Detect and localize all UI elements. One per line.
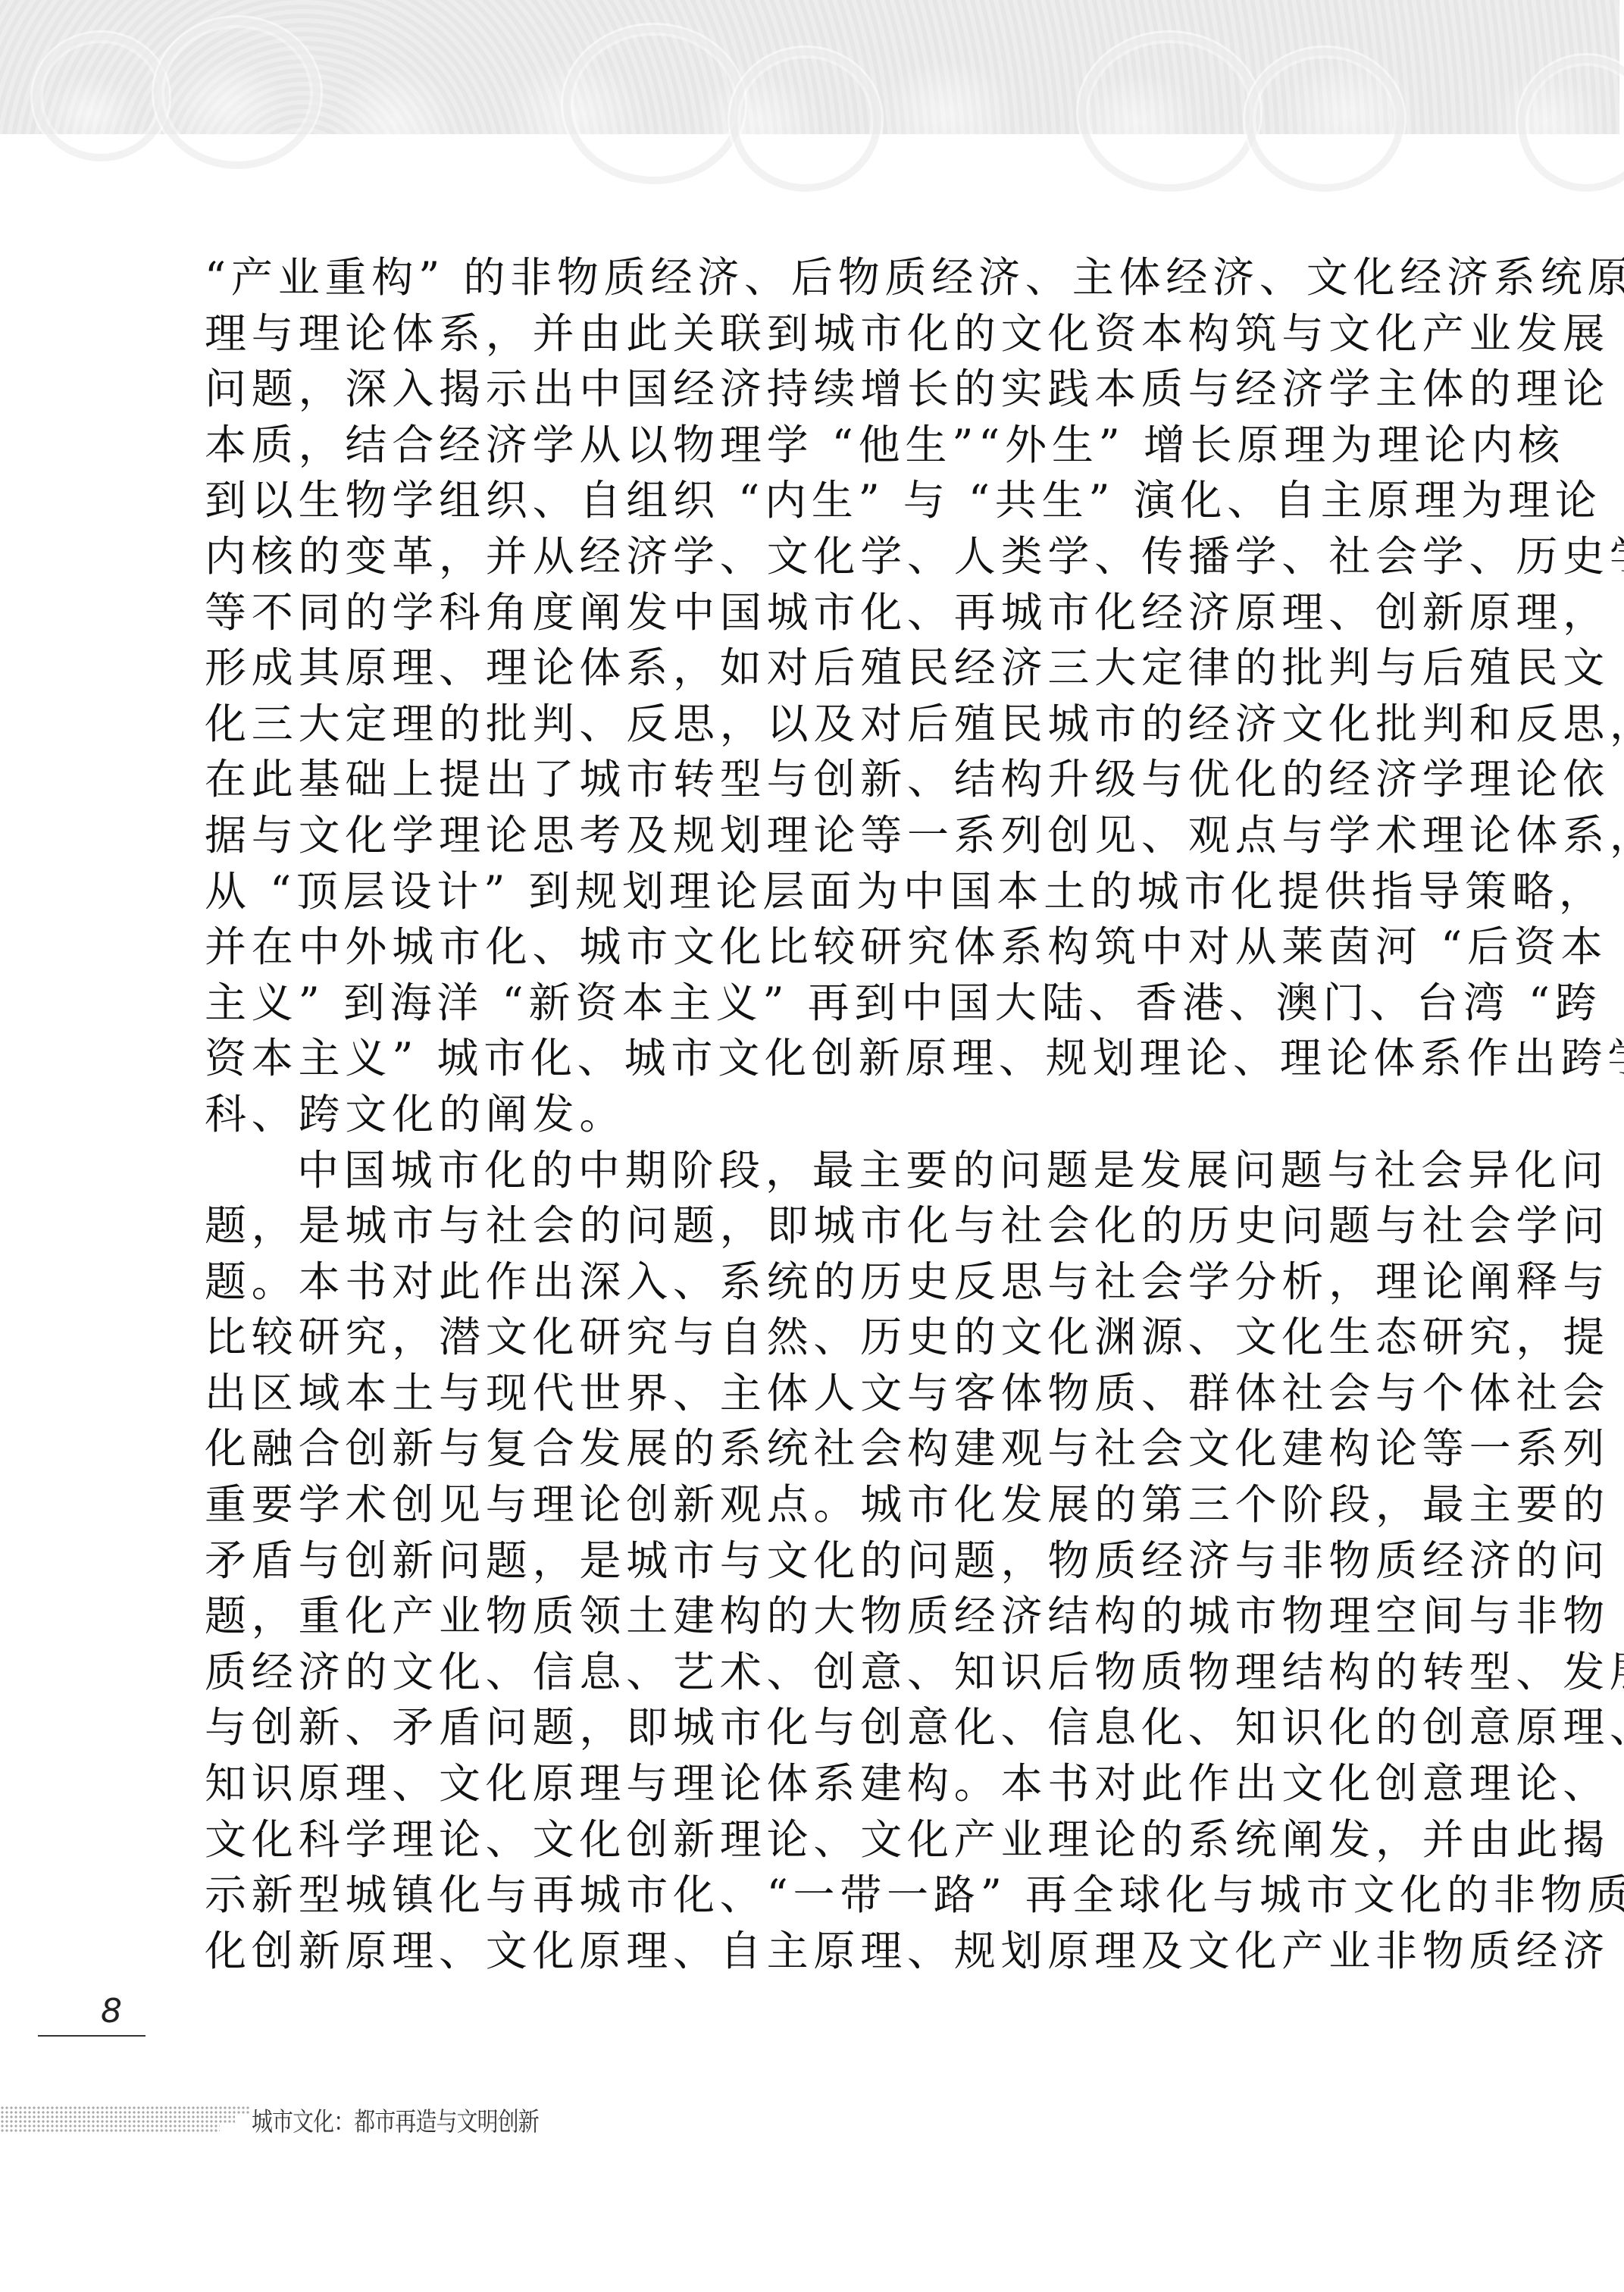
text-line: 示新型城镇化与再城市化、“一带一路” 再全球化与城市文化的非物质: [205, 1868, 1372, 1924]
cloud-ornament: [1076, 30, 1263, 194]
text-line: 主义” 到海洋 “新资本主义” 再到中国大陆、香港、澳门、台湾 “跨: [205, 975, 1372, 1032]
text-line: 等不同的学科角度阐发中国城市化、再城市化经济原理、创新原理，: [205, 585, 1372, 641]
text-line: 问题，深入揭示出中国经济持续增长的实践本质与经济学主体的理论: [205, 362, 1372, 418]
text-line: 重要学术创见与理论创新观点。城市化发展的第三个阶段，最主要的: [205, 1477, 1372, 1533]
text-line: 题，是城市与社会的问题，即城市化与社会化的历史问题与社会学问: [205, 1198, 1372, 1254]
text-line: 形成其原理、理论体系，如对后殖民经济三大定律的批判与后殖民文: [205, 640, 1372, 697]
text-line: 据与文化学理论思考及规划理论等一系列创见、观点与学术理论体系，: [205, 808, 1372, 864]
cloud-ornament: [152, 15, 323, 171]
paragraph-end-line: 科、跨文化的阐发。: [205, 1087, 1372, 1143]
cloud-ornament: [1516, 53, 1624, 194]
text-line: “产业重构” 的非物质经济、后物质经济、主体经济、文化经济系统原: [205, 250, 1372, 306]
cloud-ornament: [30, 30, 171, 164]
text-line: 化创新原理、文化原理、自主原理、规划原理及文化产业非物质经济: [205, 1924, 1372, 1980]
text-line: 并在中外城市化、城市文化比较研究体系构筑中对从莱茵河 “后资本: [205, 919, 1372, 975]
text-line: 比较研究，潜文化研究与自然、历史的文化渊源、文化生态研究，提: [205, 1310, 1372, 1366]
text-line: 出区域本土与现代世界、主体人文与客体物质、群体社会与个体社会: [205, 1366, 1372, 1422]
page-number-underline: [38, 2035, 146, 2037]
running-footer-book-title: 城市文化：都市再造与文明创新: [252, 2101, 539, 2138]
page-number: 8: [79, 1992, 144, 2031]
cloud-ornament: [1243, 45, 1407, 194]
text-line: 资本主义” 城市化、城市文化创新原理、规划理论、理论体系作出跨学: [205, 1031, 1372, 1087]
text-line: 题，重化产业物质领土建构的大物质经济结构的城市物理空间与非物: [205, 1589, 1372, 1645]
footer-dot-pattern: [0, 2106, 250, 2115]
text-line: 质经济的文化、信息、艺术、创意、知识后物质物理结构的转型、发展: [205, 1645, 1372, 1701]
text-line: 题。本书对此作出深入、系统的历史反思与社会学分析，理论阐释与: [205, 1254, 1372, 1310]
text-line: 本质，结合经济学从以物理学 “他生”“外生” 增长原理为理论内核: [205, 418, 1372, 474]
text-line: 内核的变革，并从经济学、文化学、人类学、传播学、社会学、历史学: [205, 529, 1372, 585]
text-line: 理与理论体系，并由此关联到城市化的文化资本构筑与文化产业发展: [205, 306, 1372, 362]
cloud-ornament: [728, 45, 884, 194]
text-line: 到以生物学组织、自组织 “内生” 与 “共生” 演化、自主原理为理论: [205, 473, 1372, 529]
header-cloud-banner: [0, 0, 1619, 134]
footer-dot-pattern: [0, 2115, 235, 2124]
text-line: 矛盾与创新问题，是城市与文化的问题，物质经济与非物质经济的问: [205, 1533, 1372, 1589]
text-line: 从 “顶层设计” 到规划理论层面为中国本土的城市化提供指导策略，: [205, 864, 1372, 920]
footer-dot-pattern: [0, 2124, 220, 2133]
text-line: 与创新、矛盾问题，即城市化与创意化、信息化、知识化的创意原理、: [205, 1700, 1372, 1756]
cloud-ornament: [561, 23, 747, 186]
text-line: 在此基础上提出了城市转型与创新、结构升级与优化的经济学理论依: [205, 752, 1372, 808]
text-line: 化融合创新与复合发展的系统社会构建观与社会文化建构论等一系列: [205, 1421, 1372, 1477]
text-line: 化三大定理的批判、反思，以及对后殖民城市的经济文化批判和反思，: [205, 697, 1372, 753]
text-line: 知识原理、文化原理与理论体系建构。本书对此作出文化创意理论、: [205, 1756, 1372, 1812]
body-text: “产业重构” 的非物质经济、后物质经济、主体经济、文化经济系统原 理与理论体系，…: [205, 250, 1372, 1979]
paragraph-start-line: 中国城市化的中期阶段，最主要的问题是发展问题与社会异化问: [205, 1143, 1372, 1199]
text-line: 文化科学理论、文化创新理论、文化产业理论的系统阐发，并由此揭: [205, 1812, 1372, 1868]
